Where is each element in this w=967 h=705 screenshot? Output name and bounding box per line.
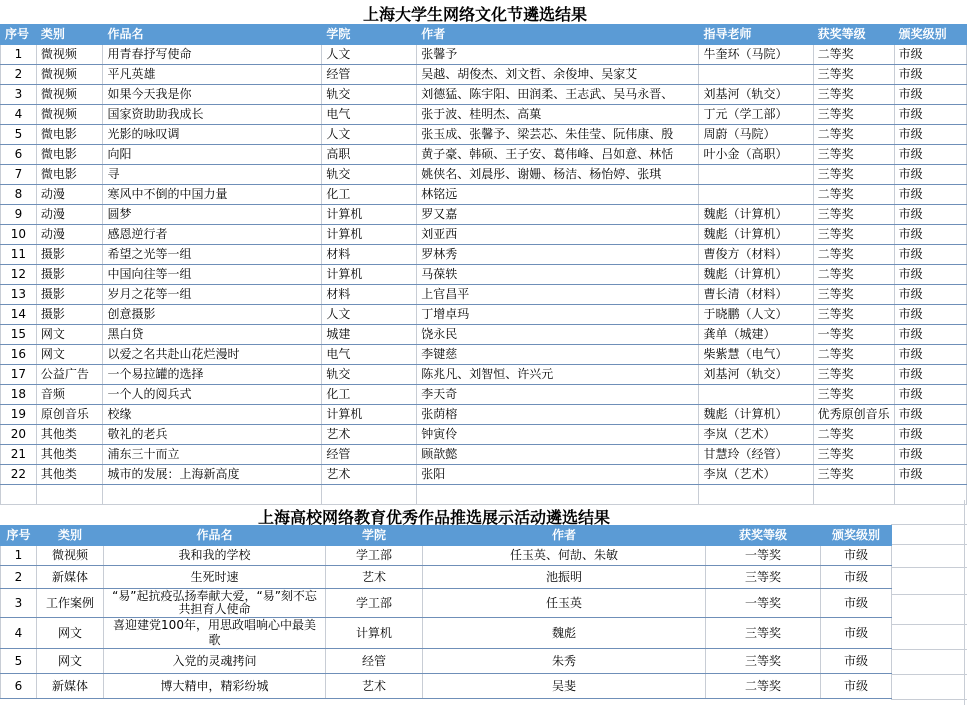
cell-category[interactable]: 其他类 [36,445,103,465]
cell-college[interactable]: 计算机 [322,225,417,245]
table1-network-culture-results: 序号 类别 作品名 学院 作者 指导老师 获奖等级 颁奖级别 1微视频用青春抒写… [0,24,967,505]
cell-advisor[interactable]: 柴紫慧（电气） [699,345,813,365]
cell-author[interactable]: 吴越、胡俊杰、刘文哲、余俊坤、吴家艾 [417,65,699,85]
cell-category[interactable]: 微视频 [36,85,103,105]
table-row: 13摄影岁月之花等一组材料上官昌平曹长清（材料）三等奖市级 [1,285,967,305]
cell-author[interactable]: 张于波、桂明杰、高菓 [417,105,699,125]
cell-award-scope[interactable]: 市级 [894,245,966,265]
cell-work-title[interactable]: 国家资助助我成长 [103,105,322,125]
table-row: 5微电影光影的咏叹调人文张玉成、张馨予、梁芸芯、朱佳莹、阮伟康、殷周蔚（马院）二… [1,125,967,145]
empty-cell[interactable] [894,485,966,505]
cell-award-level[interactable]: 二等奖 [813,425,894,445]
empty-cell[interactable] [322,485,417,505]
cell-author[interactable]: 魏彪 [423,618,706,649]
cell-category[interactable]: 公益广告 [36,365,103,385]
table-row: 3工作案例“易”起抗疫弘扬奉献大爱，“易”刻不忘共担育人使命学工部任玉英一等奖市… [1,589,892,618]
cell-category[interactable]: 摄影 [36,265,103,285]
cell-college[interactable]: 艺术 [326,674,423,699]
cell-work-title[interactable]: 敬礼的老兵 [103,425,322,445]
cell-index[interactable]: 6 [1,145,37,165]
cell-author[interactable]: 李键慈 [417,345,699,365]
table-row: 4微视频国家资助助我成长电气张于波、桂明杰、高菓丁元（学工部）三等奖市级 [1,105,967,125]
table-row: 4网文喜迎建党100年，用思政唱响心中最美歌计算机魏彪三等奖市级 [1,618,892,649]
empty-cell[interactable] [36,485,103,505]
cell-college[interactable]: 高职 [322,145,417,165]
cell-college[interactable]: 电气 [322,345,417,365]
cell-award-scope[interactable]: 市级 [821,618,892,649]
cell-index[interactable]: 6 [1,674,37,699]
cell-author[interactable]: 钟寅伶 [417,425,699,445]
cell-work-title[interactable]: 用青春抒写使命 [103,45,322,65]
cell-category[interactable]: 微电影 [36,145,103,165]
cell-advisor[interactable]: 李岚（艺术） [699,465,813,485]
cell-award-scope[interactable]: 市级 [894,65,966,85]
grid-line [891,524,967,525]
cell-category[interactable]: 微视频 [36,45,103,65]
cell-index[interactable]: 20 [1,425,37,445]
cell-index[interactable]: 3 [1,85,37,105]
table-row: 18音频一个人的阅兵式化工李天奇三等奖市级 [1,385,967,405]
cell-award-level[interactable]: 一等奖 [706,546,821,566]
cell-college[interactable]: 材料 [322,285,417,305]
cell-award-level[interactable]: 二等奖 [813,45,894,65]
cell-award-level[interactable]: 三等奖 [813,365,894,385]
cell-award-level[interactable]: 三等奖 [813,165,894,185]
col-header-author[interactable]: 作者 [423,526,706,546]
col-header-award-scope[interactable]: 颁奖级别 [821,526,892,546]
cell-award-scope[interactable]: 市级 [821,566,892,589]
cell-award-level[interactable]: 三等奖 [813,305,894,325]
cell-category[interactable]: 网文 [37,618,104,649]
cell-index[interactable]: 19 [1,405,37,425]
cell-index[interactable]: 5 [1,649,37,674]
table-row: 1微视频我和我的学校学工部任玉英、何劼、朱敏一等奖市级 [1,546,892,566]
grid-line [891,649,967,650]
cell-advisor[interactable]: 魏彪（计算机） [699,265,813,285]
cell-index[interactable]: 2 [1,566,37,589]
cell-category[interactable]: 微视频 [36,105,103,125]
cell-advisor[interactable]: 周蔚（马院） [699,125,813,145]
grid-line [891,624,967,625]
cell-award-level[interactable]: 一等奖 [706,589,821,618]
cell-author[interactable]: 陈兆凡、刘智恒、许兴元 [417,365,699,385]
cell-category[interactable]: 网文 [36,325,103,345]
cell-work-title[interactable]: 浦东三十而立 [103,445,322,465]
cell-category[interactable]: 微视频 [36,65,103,85]
cell-advisor[interactable]: 魏彪（计算机） [699,405,813,425]
cell-work-title[interactable]: 入党的灵魂拷问 [104,649,326,674]
cell-award-scope[interactable]: 市级 [894,85,966,105]
cell-work-title[interactable]: 光影的咏叹调 [103,125,322,145]
cell-index[interactable]: 14 [1,305,37,325]
cell-index[interactable]: 17 [1,365,37,385]
cell-award-scope[interactable]: 市级 [894,385,966,405]
cell-author[interactable]: 饶永民 [417,325,699,345]
cell-category[interactable]: 网文 [36,345,103,365]
cell-college[interactable]: 计算机 [322,205,417,225]
cell-advisor[interactable] [699,185,813,205]
cell-college[interactable]: 材料 [322,245,417,265]
cell-award-scope[interactable]: 市级 [894,225,966,245]
col-header-award-level[interactable]: 获奖等级 [706,526,821,546]
cell-award-level[interactable]: 三等奖 [813,385,894,405]
cell-category[interactable]: 动漫 [36,185,103,205]
table-row: 5网文入党的灵魂拷问经管朱秀三等奖市级 [1,649,892,674]
cell-college[interactable]: 城建 [322,325,417,345]
cell-index[interactable]: 13 [1,285,37,305]
cell-index[interactable]: 2 [1,65,37,85]
cell-author[interactable]: 池振明 [423,566,706,589]
cell-award-scope[interactable]: 市级 [894,365,966,385]
cell-college[interactable]: 人文 [322,45,417,65]
cell-award-scope[interactable]: 市级 [894,45,966,65]
cell-advisor[interactable]: 刘基河（轨交） [699,365,813,385]
cell-index[interactable]: 1 [1,45,37,65]
cell-award-level[interactable]: 二等奖 [813,265,894,285]
table2-online-education-results: 序号 类别 作品名 学院 作者 获奖等级 颁奖级别 1微视频我和我的学校学工部任… [0,525,892,699]
cell-category[interactable]: 新媒体 [37,566,104,589]
cell-college[interactable]: 人文 [322,125,417,145]
cell-advisor[interactable]: 叶小金（高职） [699,145,813,165]
cell-index[interactable]: 21 [1,445,37,465]
grid-line [891,674,967,675]
cell-college[interactable]: 计算机 [322,405,417,425]
cell-advisor[interactable]: 牛奎环（马院） [699,45,813,65]
cell-award-scope[interactable]: 市级 [821,649,892,674]
cell-advisor[interactable]: 丁元（学工部） [699,105,813,125]
cell-author[interactable]: 刘德猛、陈宇阳、田润柔、王志武、吴马永晋、 [417,85,699,105]
cell-work-title[interactable]: 感恩逆行者 [103,225,322,245]
table-row: 19原创音乐校缘计算机张荫榕魏彪（计算机）优秀原创音乐市级 [1,405,967,425]
empty-cell[interactable] [103,485,322,505]
cell-work-title[interactable]: 博大精申，精彩纷城 [104,674,326,699]
cell-award-level[interactable]: 二等奖 [813,185,894,205]
cell-index[interactable]: 1 [1,546,37,566]
cell-college[interactable]: 轨交 [322,365,417,385]
cell-work-title[interactable]: 一个人的阅兵式 [103,385,322,405]
cell-college[interactable]: 电气 [322,105,417,125]
cell-college[interactable]: 计算机 [322,265,417,285]
cell-work-title[interactable]: 创意摄影 [103,305,322,325]
cell-work-title[interactable]: 平凡英雄 [103,65,322,85]
cell-work-title[interactable]: 黑白贷 [103,325,322,345]
cell-award-scope[interactable]: 市级 [894,205,966,225]
cell-award-scope[interactable]: 市级 [894,285,966,305]
cell-award-level[interactable]: 三等奖 [813,465,894,485]
cell-index[interactable]: 18 [1,385,37,405]
cell-category[interactable]: 动漫 [36,205,103,225]
cell-work-title[interactable]: 希望之光等一组 [103,245,322,265]
cell-advisor[interactable]: 李岚（艺术） [699,425,813,445]
cell-advisor[interactable]: 刘基河（轨交） [699,85,813,105]
grid-line [891,594,967,595]
cell-author[interactable]: 上官昌平 [417,285,699,305]
cell-author[interactable]: 李天奇 [417,385,699,405]
cell-category[interactable]: 微电影 [36,125,103,145]
cell-college[interactable]: 经管 [326,649,423,674]
cell-award-level[interactable]: 优秀原创音乐 [813,405,894,425]
col-header-college[interactable]: 学院 [322,25,417,45]
table-row: 3微视频如果今天我是你轨交刘德猛、陈宇阳、田润柔、王志武、吴马永晋、刘基河（轨交… [1,85,967,105]
empty-cell[interactable] [417,485,699,505]
cell-work-title[interactable]: 如果今天我是你 [103,85,322,105]
cell-college[interactable]: 艺术 [322,425,417,445]
cell-award-level[interactable]: 三等奖 [706,618,821,649]
col-header-category[interactable]: 类别 [37,526,104,546]
table-row: 7微电影寻轨交姚侠名、刘晨彤、谢姗、杨洁、杨怡婷、张琪三等奖市级 [1,165,967,185]
cell-index[interactable]: 4 [1,618,37,649]
cell-award-scope[interactable]: 市级 [821,546,892,566]
cell-college[interactable]: 经管 [322,445,417,465]
cell-college[interactable]: 轨交 [322,165,417,185]
cell-work-title[interactable]: 城市的发展：上海新高度 [103,465,322,485]
cell-award-level[interactable]: 三等奖 [813,105,894,125]
cell-award-level[interactable]: 三等奖 [813,285,894,305]
cell-index[interactable]: 8 [1,185,37,205]
cell-award-level[interactable]: 二等奖 [706,674,821,699]
cell-author[interactable]: 刘亚西 [417,225,699,245]
cell-award-level[interactable]: 三等奖 [813,445,894,465]
cell-work-title[interactable]: 一个易拉罐的选择 [103,365,322,385]
cell-work-title[interactable]: 中国向往等一组 [103,265,322,285]
table-row: 2新媒体生死时速艺术池振明三等奖市级 [1,566,892,589]
empty-cell[interactable] [813,485,894,505]
cell-award-scope[interactable]: 市级 [894,405,966,425]
table-row: 21其他类浦东三十而立经管顾歆懿甘慧玲（经管）三等奖市级 [1,445,967,465]
cell-index[interactable]: 15 [1,325,37,345]
grid-line [891,544,967,545]
cell-author[interactable]: 顾歆懿 [417,445,699,465]
cell-award-scope[interactable]: 市级 [894,305,966,325]
cell-award-scope[interactable]: 市级 [894,425,966,445]
cell-work-title[interactable]: 向阳 [103,145,322,165]
table-row: 20其他类敬礼的老兵艺术钟寅伶李岚（艺术）二等奖市级 [1,425,967,445]
cell-award-scope[interactable]: 市级 [821,589,892,618]
cell-advisor[interactable]: 于晓鹏（人文） [699,305,813,325]
cell-author[interactable]: 任玉英、何劼、朱敏 [423,546,706,566]
cell-award-level[interactable]: 三等奖 [813,65,894,85]
cell-award-scope[interactable]: 市级 [894,105,966,125]
spreadsheet: 上海大学生网络文化节遴选结果 序号 类别 作品名 学院 作者 指导老师 获奖等级… [0,0,967,705]
cell-category[interactable]: 其他类 [36,425,103,445]
cell-college[interactable]: 艺术 [326,566,423,589]
cell-advisor[interactable]: 龚单（城建） [699,325,813,345]
table-row: 2微视频平凡英雄经管吴越、胡俊杰、刘文哲、余俊坤、吴家艾三等奖市级 [1,65,967,85]
cell-award-level[interactable]: 三等奖 [813,225,894,245]
cell-college[interactable]: 计算机 [326,618,423,649]
cell-award-level[interactable]: 三等奖 [706,649,821,674]
grid-line [891,699,967,700]
empty-cell[interactable] [699,485,813,505]
col-header-category[interactable]: 类别 [36,25,103,45]
cell-author[interactable]: 张玉成、张馨予、梁芸芯、朱佳莹、阮伟康、殷 [417,125,699,145]
cell-award-level[interactable]: 三等奖 [813,145,894,165]
cell-index[interactable]: 11 [1,245,37,265]
cell-author[interactable]: 张阳 [417,465,699,485]
table-row: 6新媒体博大精申，精彩纷城艺术吴斐二等奖市级 [1,674,892,699]
table1-header-row: 序号 类别 作品名 学院 作者 指导老师 获奖等级 颁奖级别 [1,25,967,45]
cell-index[interactable]: 7 [1,165,37,185]
cell-category[interactable]: 音频 [36,385,103,405]
cell-advisor[interactable]: 曹俊方（材料） [699,245,813,265]
col-header-work-title[interactable]: 作品名 [104,526,326,546]
cell-college[interactable]: 经管 [322,65,417,85]
cell-category[interactable]: 动漫 [36,225,103,245]
table-row: 14摄影创意摄影人文丁增卓玛于晓鹏（人文）三等奖市级 [1,305,967,325]
cell-category[interactable]: 微视频 [37,546,104,566]
cell-author[interactable]: 朱秀 [423,649,706,674]
cell-category[interactable]: 微电影 [36,165,103,185]
cell-author[interactable]: 林铭远 [417,185,699,205]
cell-category[interactable]: 摄影 [36,245,103,265]
cell-award-level[interactable]: 一等奖 [813,325,894,345]
cell-advisor[interactable] [699,165,813,185]
grid-line [891,567,967,568]
col-header-work-title[interactable]: 作品名 [103,25,322,45]
table-row: 9动漫圆梦计算机罗又嘉魏彪（计算机）三等奖市级 [1,205,967,225]
table-row: 1微视频用青春抒写使命人文张馨予牛奎环（马院）二等奖市级 [1,45,967,65]
cell-author[interactable]: 罗林秀 [417,245,699,265]
cell-award-level[interactable]: 二等奖 [813,245,894,265]
cell-award-scope[interactable]: 市级 [894,145,966,165]
cell-work-title[interactable]: 校缘 [103,405,322,425]
cell-index[interactable]: 16 [1,345,37,365]
cell-author[interactable]: 马葆轶 [417,265,699,285]
cell-college[interactable]: 化工 [322,385,417,405]
cell-work-title[interactable]: 我和我的学校 [104,546,326,566]
cell-category[interactable]: 网文 [37,649,104,674]
cell-author[interactable]: 罗又嘉 [417,205,699,225]
col-header-award-level[interactable]: 获奖等级 [813,25,894,45]
table-row: 22其他类城市的发展：上海新高度艺术张阳李岚（艺术）三等奖市级 [1,465,967,485]
table-row: 11摄影希望之光等一组材料罗林秀曹俊方（材料）二等奖市级 [1,245,967,265]
table-row: 15网文黑白贷城建饶永民龚单（城建）一等奖市级 [1,325,967,345]
cell-index[interactable]: 10 [1,225,37,245]
cell-award-level[interactable]: 二等奖 [813,125,894,145]
cell-award-level[interactable]: 三等奖 [813,85,894,105]
cell-award-scope[interactable]: 市级 [894,345,966,365]
cell-award-scope[interactable]: 市级 [894,185,966,205]
cell-advisor[interactable]: 魏彪（计算机） [699,205,813,225]
table1-title: 上海大学生网络文化节遴选结果 [363,2,587,25]
cell-author[interactable]: 任玉英 [423,589,706,618]
col-header-award-scope[interactable]: 颁奖级别 [894,25,966,45]
cell-work-title[interactable]: “易”起抗疫弘扬奉献大爱，“易”刻不忘共担育人使命 [104,589,326,618]
table-row: 16网文以爱之名共赴山花烂漫时电气李键慈柴紫慧（电气）二等奖市级 [1,345,967,365]
cell-work-title[interactable]: 寻 [103,165,322,185]
table-row: 12摄影中国向往等一组计算机马葆轶魏彪（计算机）二等奖市级 [1,265,967,285]
col-header-advisor[interactable]: 指导老师 [699,25,813,45]
cell-work-title[interactable]: 喜迎建党100年，用思政唱响心中最美歌 [104,618,326,649]
cell-advisor[interactable]: 魏彪（计算机） [699,225,813,245]
cell-author[interactable]: 丁增卓玛 [417,305,699,325]
cell-college[interactable]: 学工部 [326,546,423,566]
col-header-index[interactable]: 序号 [1,25,37,45]
table-row: 10动漫感恩逆行者计算机刘亚西魏彪（计算机）三等奖市级 [1,225,967,245]
empty-row [1,485,967,505]
table-row: 17公益广告一个易拉罐的选择轨交陈兆凡、刘智恒、许兴元刘基河（轨交）三等奖市级 [1,365,967,385]
cell-award-scope[interactable]: 市级 [894,165,966,185]
cell-award-scope[interactable]: 市级 [821,674,892,699]
cell-category[interactable]: 摄影 [36,305,103,325]
cell-index[interactable]: 12 [1,265,37,285]
cell-award-scope[interactable]: 市级 [894,445,966,465]
cell-work-title[interactable]: 岁月之花等一组 [103,285,322,305]
cell-college[interactable]: 艺术 [322,465,417,485]
cell-award-level[interactable]: 三等奖 [706,566,821,589]
cell-work-title[interactable]: 生死时速 [104,566,326,589]
cell-college[interactable]: 轨交 [322,85,417,105]
cell-category[interactable]: 原创音乐 [36,405,103,425]
table-row: 6微电影向阳高职黄子豪、韩硕、王子安、葛伟峰、吕如意、林恬叶小金（高职）三等奖市… [1,145,967,165]
col-header-author[interactable]: 作者 [417,25,699,45]
cell-author[interactable]: 吴斐 [423,674,706,699]
table-row: 8动漫寒风中不倒的中国力量化工林铭远二等奖市级 [1,185,967,205]
cell-college[interactable]: 人文 [322,305,417,325]
cell-category[interactable]: 工作案例 [37,589,104,618]
cell-college[interactable]: 学工部 [326,589,423,618]
cell-award-scope[interactable]: 市级 [894,325,966,345]
cell-index[interactable]: 4 [1,105,37,125]
cell-advisor[interactable] [699,65,813,85]
cell-category[interactable]: 新媒体 [37,674,104,699]
cell-award-scope[interactable]: 市级 [894,465,966,485]
table2-header-row: 序号 类别 作品名 学院 作者 获奖等级 颁奖级别 [1,526,892,546]
cell-category[interactable]: 其他类 [36,465,103,485]
empty-cell[interactable] [1,485,37,505]
cell-index[interactable]: 22 [1,465,37,485]
cell-award-scope[interactable]: 市级 [894,265,966,285]
col-header-college[interactable]: 学院 [326,526,423,546]
cell-award-level[interactable]: 三等奖 [813,205,894,225]
cell-author[interactable]: 黄子豪、韩硕、王子安、葛伟峰、吕如意、林恬 [417,145,699,165]
cell-advisor[interactable] [699,385,813,405]
cell-advisor[interactable]: 甘慧玲（经管） [699,445,813,465]
cell-author[interactable]: 张馨予 [417,45,699,65]
cell-advisor[interactable]: 曹长清（材料） [699,285,813,305]
cell-category[interactable]: 摄影 [36,285,103,305]
cell-work-title[interactable]: 以爱之名共赴山花烂漫时 [103,345,322,365]
cell-index[interactable]: 9 [1,205,37,225]
cell-work-title[interactable]: 寒风中不倒的中国力量 [103,185,322,205]
cell-author[interactable]: 姚侠名、刘晨彤、谢姗、杨洁、杨怡婷、张琪 [417,165,699,185]
cell-award-level[interactable]: 二等奖 [813,345,894,365]
cell-work-title[interactable]: 圆梦 [103,205,322,225]
cell-index[interactable]: 5 [1,125,37,145]
cell-college[interactable]: 化工 [322,185,417,205]
cell-index[interactable]: 3 [1,589,37,618]
cell-author[interactable]: 张荫榕 [417,405,699,425]
cell-award-scope[interactable]: 市级 [894,125,966,145]
col-header-index[interactable]: 序号 [1,526,37,546]
